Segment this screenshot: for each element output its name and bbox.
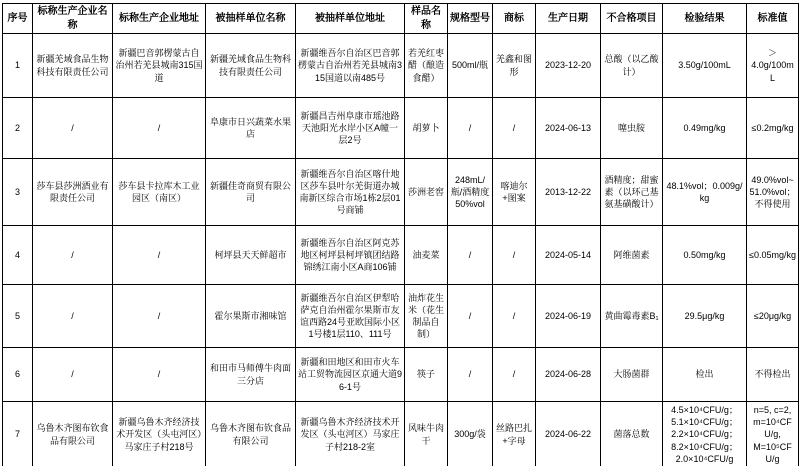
header-producer-name: 标称生产企业名称 [33,4,113,34]
cell-standard-value: ≤0.05mg/kg [747,226,799,285]
cell-producer-address: 莎车县卡拉库木工业园区（南区） [113,159,206,226]
header-failed-item: 不合格项目 [601,4,663,34]
cell-production-date: 2013-12-22 [536,159,601,226]
cell-sampled-unit-address: 新疆维吾尔自治区伊犁哈萨克自治州霍尔果斯市友谊西路24号亚欧国际小区1号楼1层1… [296,285,405,348]
cell-failed-item: 菌落总数 [601,402,663,466]
cell-sampled-unit-name: 乌鲁木齐图布钦食品有限公司 [206,402,296,466]
cell-production-date: 2023-12-20 [536,34,601,98]
cell-sample-name: 筷子 [405,348,448,402]
cell-trademark: / [493,98,536,159]
cell-standard-value: ≤20μg/kg [747,285,799,348]
cell-sample-name: 莎洲老窖 [405,159,448,226]
cell-production-date: 2024-05-14 [536,226,601,285]
cell-producer-address: / [113,98,206,159]
cell-trademark: / [493,285,536,348]
cell-producer-address: / [113,226,206,285]
cell-test-result: 3.50g/100mL [663,34,747,98]
header-test-result: 检验结果 [663,4,747,34]
cell-trademark: / [493,226,536,285]
cell-producer-address: 新疆巴音郭楞蒙古自治州若羌县城南315国道 [113,34,206,98]
cell-sampled-unit-address: 新疆维吾尔自治区巴音郭楞蒙古自治州若羌县城南315国道以南485号 [296,34,405,98]
cell-sampled-unit-name: 柯坪县天天鲜超市 [206,226,296,285]
cell-serial: 3 [3,159,33,226]
cell-standard-value: 49.0%vol~51.0%vol；不得使用 [747,159,799,226]
cell-spec-model: / [448,348,493,402]
cell-spec-model: / [448,98,493,159]
cell-serial: 5 [3,285,33,348]
cell-sample-name: 风味牛肉干 [405,402,448,466]
header-production-date: 生产日期 [536,4,601,34]
cell-failed-item: 阿维菌素 [601,226,663,285]
cell-trademark: 羌鑫和图形 [493,34,536,98]
header-trademark: 商标 [493,4,536,34]
cell-producer-address: / [113,348,206,402]
header-standard-value: 标准值 [747,4,799,34]
table-row: 6 / / 和田市马师傅牛肉面三分店 新疆和田地区和田市火车站工贸物流园区京通大… [3,348,799,402]
cell-trademark: / [493,348,536,402]
header-sampled-unit-address: 被抽样单位地址 [296,4,405,34]
table-row: 5 / / 霍尔果斯市湘味馆 新疆维吾尔自治区伊犁哈萨克自治州霍尔果斯市友谊西路… [3,285,799,348]
header-row: 序号 标称生产企业名称 标称生产企业地址 被抽样单位名称 被抽样单位地址 样品名… [3,4,799,34]
cell-standard-value: 不得检出 [747,348,799,402]
cell-sampled-unit-address: 新疆乌鲁木齐经济技术开发区（头屯河区）马家庄子村218-2室 [296,402,405,466]
cell-production-date: 2024-06-28 [536,348,601,402]
cell-test-result: 0.50mg/kg [663,226,747,285]
cell-test-result: 检出 [663,348,747,402]
cell-sampled-unit-name: 新疆羌域食品生物科技有限责任公司 [206,34,296,98]
cell-sample-name: 若羌红枣醋（酿造食醋） [405,34,448,98]
cell-sample-name: 胡萝卜 [405,98,448,159]
header-sampled-unit-name: 被抽样单位名称 [206,4,296,34]
cell-sampled-unit-name: 霍尔果斯市湘味馆 [206,285,296,348]
cell-sampled-unit-address: 新疆维吾尔自治区喀什地区莎车县叶尔羌街道办城南新区综合市场1栋2层01号商铺 [296,159,405,226]
cell-serial: 2 [3,98,33,159]
cell-production-date: 2024-06-22 [536,402,601,466]
inspection-results-table: 序号 标称生产企业名称 标称生产企业地址 被抽样单位名称 被抽样单位地址 样品名… [2,3,799,466]
cell-test-result: 29.5μg/kg [663,285,747,348]
cell-standard-value: ＞ 4.0g/100mL [747,34,799,98]
cell-sample-name: 油麦菜 [405,226,448,285]
cell-producer-name: 莎车县莎洲酒业有限责任公司 [33,159,113,226]
cell-spec-model: 500ml/瓶 [448,34,493,98]
cell-trademark: 喀迪尔+图案 [493,159,536,226]
cell-sampled-unit-name: 和田市马师傅牛肉面三分店 [206,348,296,402]
cell-sampled-unit-address: 新疆昌吉州阜康市瑶池路天池阳光水岸小区A幢一层2号 [296,98,405,159]
table-row: 1 新疆羌域食品生物科技有限责任公司 新疆巴音郭楞蒙古自治州若羌县城南315国道… [3,34,799,98]
cell-sampled-unit-name: 新疆佳奇商贸有限公司 [206,159,296,226]
header-producer-address: 标称生产企业地址 [113,4,206,34]
cell-failed-item: 总酸（以乙酸计） [601,34,663,98]
cell-test-result: 48.1%vol；0.009g/kg [663,159,747,226]
cell-producer-name: 乌鲁木齐图布钦食品有限公司 [33,402,113,466]
cell-failed-item: 大肠菌群 [601,348,663,402]
cell-sampled-unit-name: 阜康市日兴蔬菜水果店 [206,98,296,159]
cell-failed-item: 噻虫胺 [601,98,663,159]
cell-failed-item: 酒精度；甜蜜素（以环己基氨基磺酸计） [601,159,663,226]
table-row: 3 莎车县莎洲酒业有限责任公司 莎车县卡拉库木工业园区（南区） 新疆佳奇商贸有限… [3,159,799,226]
cell-producer-address: / [113,285,206,348]
header-serial: 序号 [3,4,33,34]
table-row: 4 / / 柯坪县天天鲜超市 新疆维吾尔自治区阿克苏地区柯坪县柯坪镇团结路锦绣江… [3,226,799,285]
cell-standard-value: n=5, c=2, m=10⁴CFU/g, M=10⁵CFU/g [747,402,799,466]
cell-serial: 7 [3,402,33,466]
cell-sampled-unit-address: 新疆和田地区和田市火车站工贸物流园区京通大道96-1号 [296,348,405,402]
cell-spec-model: / [448,285,493,348]
cell-serial: 4 [3,226,33,285]
cell-production-date: 2024-06-13 [536,98,601,159]
cell-failed-item: 黄曲霉毒素B₁ [601,285,663,348]
cell-spec-model: 300g/袋 [448,402,493,466]
cell-spec-model: 248mL/瓶/酒精度50%vol [448,159,493,226]
cell-producer-name: / [33,348,113,402]
header-sample-name: 样品名称 [405,4,448,34]
table-row: 2 / / 阜康市日兴蔬菜水果店 新疆昌吉州阜康市瑶池路天池阳光水岸小区A幢一层… [3,98,799,159]
cell-production-date: 2024-06-19 [536,285,601,348]
cell-test-result: 4.5×10⁴CFU/g； 5.1×10⁴CFU/g； 2.2×10⁴CFU/g… [663,402,747,466]
cell-spec-model: / [448,226,493,285]
header-spec-model: 规格型号 [448,4,493,34]
cell-sample-name: 油炸花生米（花生制品自制） [405,285,448,348]
cell-serial: 1 [3,34,33,98]
cell-test-result: 0.49mg/kg [663,98,747,159]
cell-standard-value: ≤0.2mg/kg [747,98,799,159]
cell-producer-name: / [33,285,113,348]
cell-producer-name: / [33,98,113,159]
cell-producer-name: 新疆羌域食品生物科技有限责任公司 [33,34,113,98]
cell-producer-address: 新疆乌鲁木齐经济技术开发区（头屯河区）马家庄子村218号 [113,402,206,466]
cell-producer-name: / [33,226,113,285]
cell-serial: 6 [3,348,33,402]
cell-trademark: 丝路巴扎+字母 [493,402,536,466]
table-row: 7 乌鲁木齐图布钦食品有限公司 新疆乌鲁木齐经济技术开发区（头屯河区）马家庄子村… [3,402,799,466]
cell-sampled-unit-address: 新疆维吾尔自治区阿克苏地区柯坪县柯坪镇团结路锦绣江南小区A商106铺 [296,226,405,285]
